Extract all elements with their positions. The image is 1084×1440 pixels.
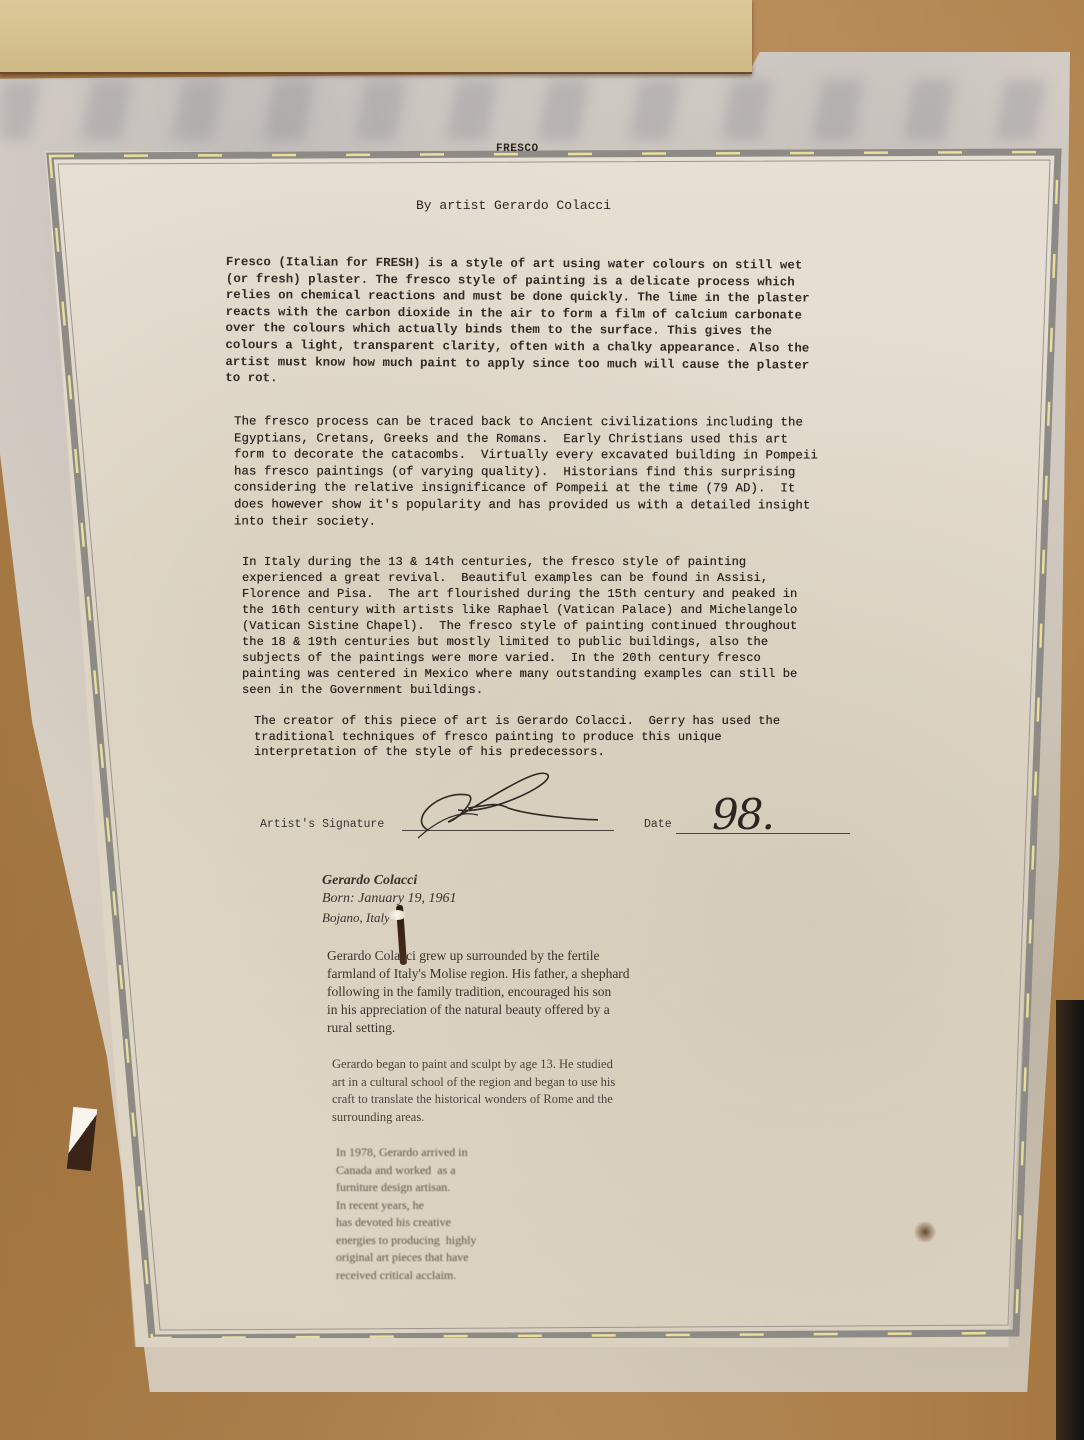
date-label: Date [644, 818, 672, 831]
date-handwritten: 98. [712, 790, 773, 839]
paragraph-italy: In Italy during the 13 & 14th centuries,… [242, 554, 797, 698]
bio-place: Bojano, Italy [322, 910, 390, 926]
signature-scribble [398, 760, 598, 840]
paragraph-definition: Fresco (Italian for FRESH) is a style of… [225, 254, 810, 390]
frame-title: FRESCO [496, 143, 539, 155]
bio-paragraph-education: Gerardo began to paint and sculpt by age… [332, 1056, 615, 1126]
signature-label: Artist's Signature [260, 818, 384, 831]
byline: By artist Gerardo Colacci [416, 198, 611, 213]
paragraph-creator: The creator of this piece of art is Gera… [254, 714, 780, 761]
bio-name: Gerardo Colacci [322, 873, 417, 889]
pushpin-icon [388, 910, 406, 920]
bio-born: Born: January 19, 1961 [322, 891, 457, 907]
bio-paragraph-canada: In 1978, Gerardo arrived in Canada and w… [336, 1144, 476, 1284]
bio-paragraph-childhood: Gerardo Colacci grew up surrounded by th… [327, 947, 630, 1037]
paragraph-history: The fresco process can be traced back to… [234, 413, 818, 530]
stain-mark [912, 1222, 938, 1242]
